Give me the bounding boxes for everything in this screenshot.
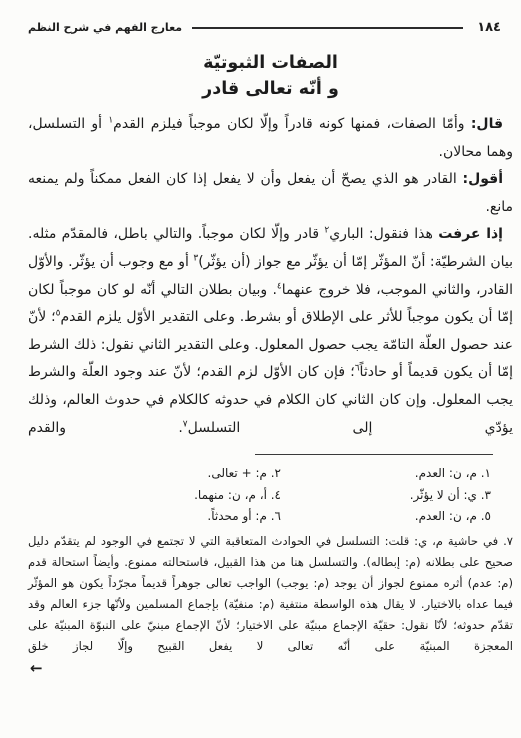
footnote-3: ٣. ي: أن لا يؤثّر. <box>281 485 491 507</box>
footnote-4: ٤. أ، م، ن: منهما. <box>32 485 281 507</box>
chapter-title: الصفات الثبوتيّة <box>28 50 513 76</box>
page-number: ١٨٤ <box>477 20 501 35</box>
running-title: معارج الفهم في شرح النظم <box>28 21 182 34</box>
continuation-arrow: ← <box>28 659 513 677</box>
footnote-separator <box>255 454 493 455</box>
footnotes-list: ١. م، ن: العدم. ٢. م: + تعالى. ٣. ي: أن … <box>28 463 513 528</box>
section-title: و أنّه تعالى قادر <box>28 76 513 102</box>
footnote-5: ٥. م، ن: العدم. <box>281 506 491 528</box>
header-rule <box>192 27 463 29</box>
footnote-2: ٢. م: + تعالى. <box>32 463 281 485</box>
page-header: ١٨٤ معارج الفهم في شرح النظم <box>28 16 513 38</box>
chapter-headings: الصفات الثبوتيّة و أنّه تعالى قادر <box>28 50 513 102</box>
paragraph-argument: إذا عرفت هذا فنقول: الباري٢ قادر وإلّا ل… <box>28 221 513 442</box>
book-page: ١٨٤ معارج الفهم في شرح النظم الصفات الثب… <box>0 0 521 738</box>
paragraph-matn: قال: وأمّا الصفات، فمنها كونه قادراً وإل… <box>28 111 513 166</box>
footnote-1: ١. م، ن: العدم. <box>281 463 491 485</box>
footnote-6: ٦. م: أو محدثاً. <box>32 506 281 528</box>
footnote-7: ٧. في حاشية م، ي: قلت: التسلسل في الحواد… <box>28 531 513 657</box>
body-text: قال: وأمّا الصفات، فمنها كونه قادراً وإل… <box>28 111 513 442</box>
paragraph-sharh: أقول: القادر هو الذي يصحّ أن يفعل وأن لا… <box>28 166 513 221</box>
